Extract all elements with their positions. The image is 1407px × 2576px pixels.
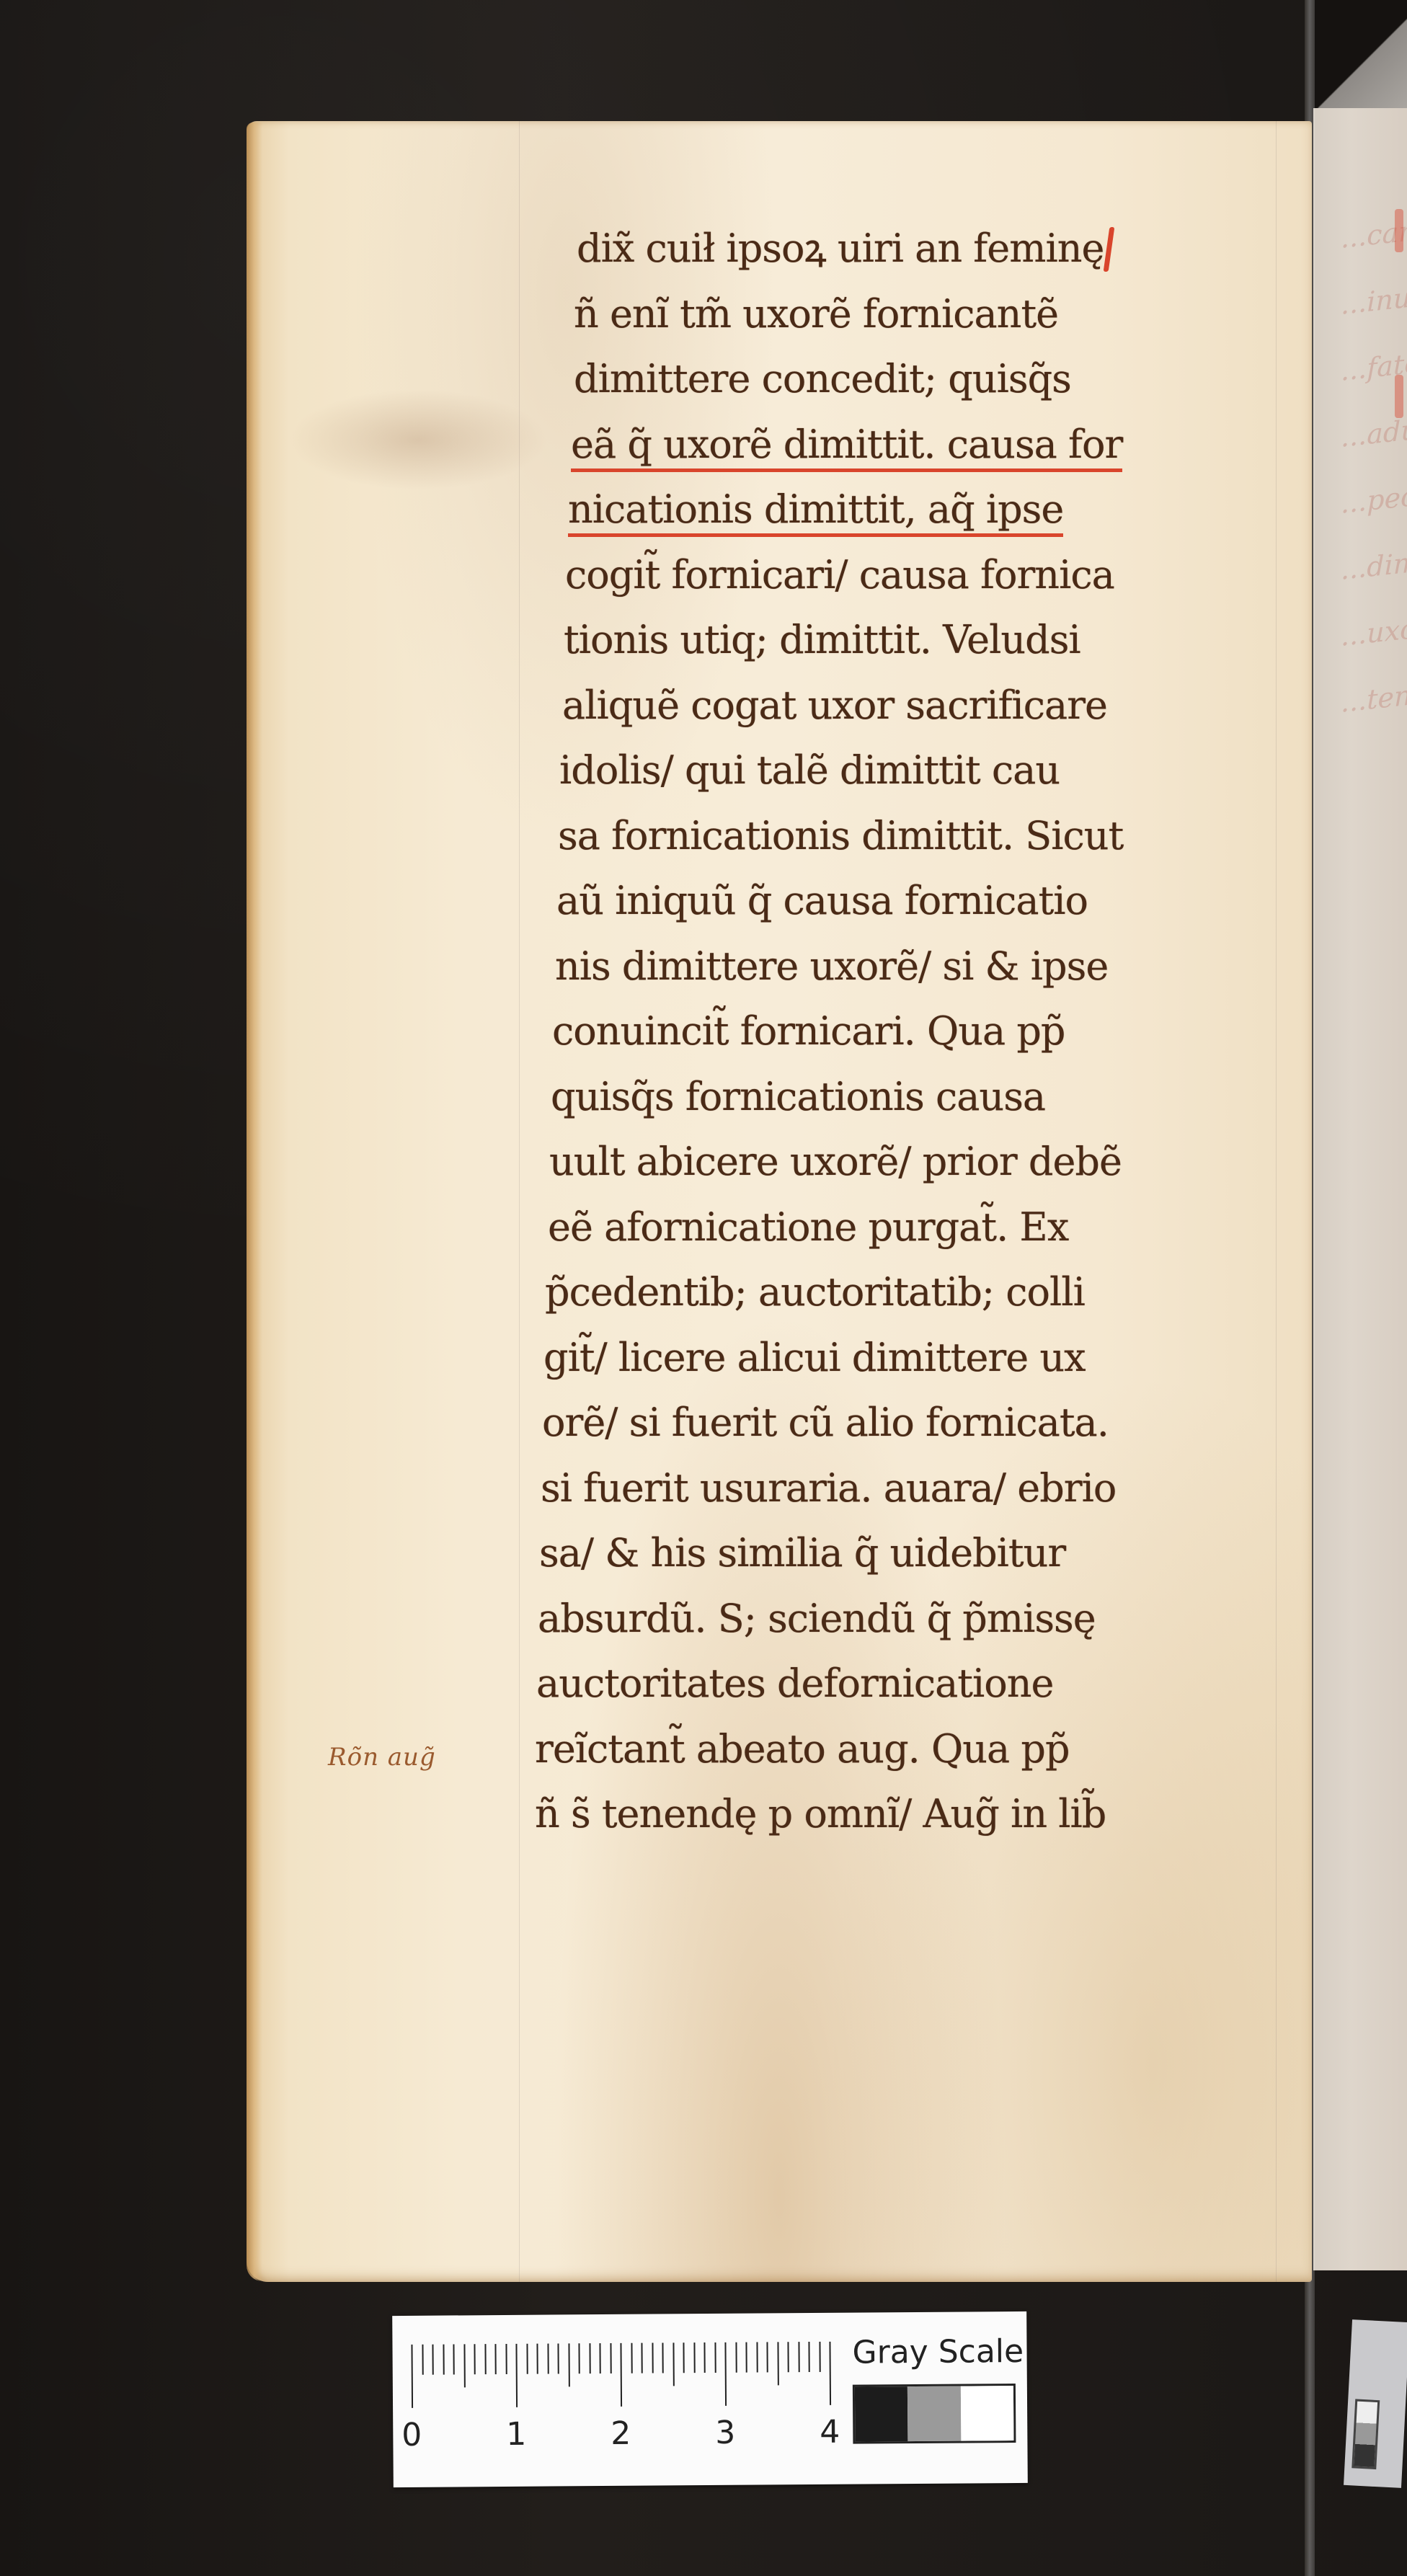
ruling-line	[519, 121, 520, 2282]
text-line-6: cogit̃ fornicari/ causa fornica	[565, 543, 1297, 608]
text-line-8: aliquẽ cogat uxor sacrificare	[562, 673, 1297, 739]
line-text: git̃/ licere alicui dimittere ux	[543, 1335, 1086, 1380]
line-text: aũ iniquũ q̃ causa fornicatio	[556, 878, 1088, 923]
line-text: ñ s̃ tenendę p omnĩ/ Aug̃ in lib̃	[535, 1791, 1106, 1836]
manuscript-text-block: dix̃ cuił ipsoꝝ uiri an feminę ñ enĩ tm̃…	[533, 216, 1297, 1847]
ruler-tick	[724, 2342, 727, 2406]
line-text: tionis utiq; dimittit. Veludsi	[564, 617, 1080, 662]
ruler-tick	[599, 2343, 600, 2373]
line-text: si fuerit usuraria. auara/ ebrio	[541, 1465, 1116, 1511]
line-text: reĩctant̃ abeato aug. Qua pp̃	[535, 1726, 1070, 1772]
secondary-scale-label	[1344, 2319, 1407, 2488]
text-line-21: sa/ & his similia q̃ uidebitur	[539, 1521, 1297, 1586]
text-line-12: nis dimittere uxorẽ/ si & ipse	[555, 934, 1297, 1000]
text-line-3: dimittere concedit; quisq̃s	[574, 347, 1297, 412]
ruler-tick	[557, 2343, 559, 2373]
text-line-14: quisq̃s fornicationis causa	[551, 1065, 1297, 1130]
gray-patch-mid	[907, 2386, 961, 2442]
line-text: sa/ & his similia q̃ uidebitur	[539, 1530, 1065, 1576]
ruler-tick	[662, 2342, 663, 2373]
line-text: ñ enĩ tm̃ uxorẽ fornicantẽ	[574, 291, 1058, 337]
text-line-24: reĩctant̃ abeato aug. Qua pp̃	[535, 1717, 1297, 1782]
ruler-tick	[787, 2342, 789, 2372]
ruler-tick	[819, 2342, 820, 2372]
ruler-tick	[735, 2342, 737, 2373]
text-line-1: dix̃ cuił ipsoꝝ uiri an feminę	[577, 216, 1297, 282]
text-line-7: tionis utiq; dimittit. Veludsi	[564, 608, 1297, 673]
ruler-tick	[463, 2344, 465, 2387]
ruler-tick	[536, 2344, 538, 2374]
text-line-20: si fuerit usuraria. auara/ ebrio	[541, 1456, 1297, 1522]
ruler-tick	[505, 2344, 507, 2374]
line-text: eẽ afornicatione purgat̃. Ex	[548, 1204, 1068, 1250]
line-text: dix̃ cuił ipsoꝝ uiri an feminę	[577, 226, 1104, 271]
text-line-25: ñ s̃ tenendę p omnĩ/ Aug̃ in lib̃	[535, 1782, 1297, 1847]
text-line-22: absurdũ. S; sciendũ q̃ p̃missę	[538, 1586, 1297, 1652]
line-text: dimittere concedit; quisq̃s	[574, 356, 1071, 401]
text-line-13: conuincit̃ fornicari. Qua pp̃	[552, 999, 1297, 1065]
ruler-tick	[411, 2345, 413, 2408]
line-text: quisq̃s fornicationis causa	[551, 1074, 1045, 1119]
ruler-tick	[526, 2344, 528, 2374]
text-line-16: eẽ afornicatione purgat̃. Ex	[548, 1195, 1297, 1261]
line-text: eã q̃ uxorẽ dimittit. causa for	[571, 422, 1122, 472]
ghost-line: ...dimitti	[1341, 530, 1407, 603]
ruler-tick	[620, 2343, 622, 2407]
line-text: absurdũ. S; sciendũ q̃ p̃missę	[538, 1596, 1096, 1641]
rubric-stroke	[1104, 227, 1115, 272]
ruler-tick	[631, 2343, 632, 2373]
ruler-tick	[578, 2343, 580, 2373]
adjacent-rubric-mark	[1395, 375, 1403, 418]
parchment-stain	[288, 389, 548, 490]
gray-patch-white	[961, 2386, 1014, 2441]
ghost-line: ...tenendum	[1341, 662, 1407, 736]
text-line-5: nicationis dimittit, aq̃ ipse	[568, 477, 1297, 543]
line-text: sa fornicationis dimittit. Sicut	[558, 813, 1123, 858]
text-line-2: ñ enĩ tm̃ uxorẽ fornicantẽ	[574, 282, 1297, 347]
ruler-tick	[443, 2345, 444, 2375]
leaf-edge	[247, 123, 262, 2281]
ruler-tick	[673, 2342, 674, 2386]
line-text: uult abicere uxorẽ/ prior debẽ	[549, 1139, 1122, 1184]
text-line-11: aũ iniquũ q̃ causa fornicatio	[556, 869, 1297, 934]
text-line-10: sa fornicationis dimittit. Sicut	[558, 804, 1297, 869]
ruler-tick	[808, 2342, 809, 2372]
gray-patch-black	[855, 2386, 908, 2442]
ruler-tick	[798, 2342, 799, 2372]
gray-scale-patches	[853, 2384, 1016, 2444]
ruler-tick	[641, 2343, 642, 2373]
text-line-15: uult abicere uxorẽ/ prior debẽ	[549, 1129, 1297, 1195]
ruler-tick	[515, 2344, 518, 2407]
ruler-tick	[494, 2344, 496, 2374]
line-text: nis dimittere uxorẽ/ si & ipse	[555, 943, 1108, 989]
ruler-tick	[589, 2343, 590, 2373]
text-line-17: p̃cedentib; auctoritatib; colli	[545, 1260, 1297, 1325]
ruler-tick	[703, 2342, 705, 2373]
gray-scale-card: 01234 Gray Scale	[392, 2311, 1028, 2487]
line-text: auctoritates defornicatione	[536, 1661, 1053, 1706]
text-line-23: auctoritates defornicatione	[536, 1651, 1297, 1717]
ruler-tick	[652, 2343, 653, 2373]
ruler-tick	[422, 2345, 423, 2375]
ruler-tick	[714, 2342, 716, 2373]
ruler-number: 0	[401, 2417, 422, 2453]
line-text: cogit̃ fornicari/ causa fornica	[565, 552, 1114, 598]
ruler-number: 3	[715, 2415, 735, 2451]
ruler: 01234	[407, 2342, 840, 2460]
ruler-tick	[547, 2344, 549, 2374]
ruler-tick	[453, 2344, 454, 2374]
ruler-tick	[777, 2342, 778, 2385]
ruler-number: 4	[820, 2414, 840, 2451]
line-text: nicationis dimittit, aq̃ ipse	[568, 487, 1063, 537]
text-line-4: eã q̃ uxorẽ dimittit. causa for	[571, 412, 1297, 478]
ruler-tick	[756, 2342, 758, 2373]
text-line-18: git̃/ licere alicui dimittere ux	[543, 1325, 1297, 1391]
adjacent-rubric-mark	[1395, 209, 1403, 252]
ruler-number: 2	[611, 2415, 631, 2452]
text-line-9: idolis/ qui talẽ dimittit cau	[559, 738, 1297, 804]
ruler-tick	[745, 2342, 747, 2373]
ruler-tick	[766, 2342, 768, 2372]
adjacent-page-text: ...carne ...inuenit ...fatebatur ...adul…	[1341, 198, 1407, 1791]
secondary-gray-swatch	[1351, 2399, 1380, 2469]
ruler-tick	[474, 2344, 475, 2374]
marginal-note: Rõn aug̃	[328, 1743, 436, 1772]
line-text: conuincit̃ fornicari. Qua pp̃	[552, 1008, 1065, 1054]
ruler-tick	[683, 2342, 684, 2373]
line-text: idolis/ qui talẽ dimittit cau	[559, 747, 1060, 793]
ruler-tick	[568, 2343, 569, 2386]
ruler-tick	[484, 2344, 486, 2374]
text-line-19: orẽ/ si fuerit cũ alio fornicata.	[542, 1390, 1297, 1456]
line-text: orẽ/ si fuerit cũ alio fornicata.	[542, 1400, 1109, 1445]
line-text: p̃cedentib; auctoritatib; colli	[545, 1269, 1085, 1315]
ruler-tick	[829, 2342, 831, 2405]
sleeve-corner	[1315, 0, 1407, 108]
ruler-tick	[693, 2342, 695, 2373]
ghost-line: ...uxorem	[1341, 596, 1407, 670]
ghost-line: ...peccat	[1341, 463, 1407, 537]
ruler-tick	[610, 2343, 611, 2373]
line-text: aliquẽ cogat uxor sacrificare	[562, 683, 1107, 728]
ruler-tick	[432, 2345, 433, 2375]
ghost-line: ...inuenit	[1341, 265, 1407, 338]
scan-stage: ...carne ...inuenit ...fatebatur ...adul…	[0, 0, 1407, 2576]
gray-scale-title: Gray Scale	[852, 2333, 1024, 2371]
ruler-number: 1	[506, 2416, 526, 2453]
